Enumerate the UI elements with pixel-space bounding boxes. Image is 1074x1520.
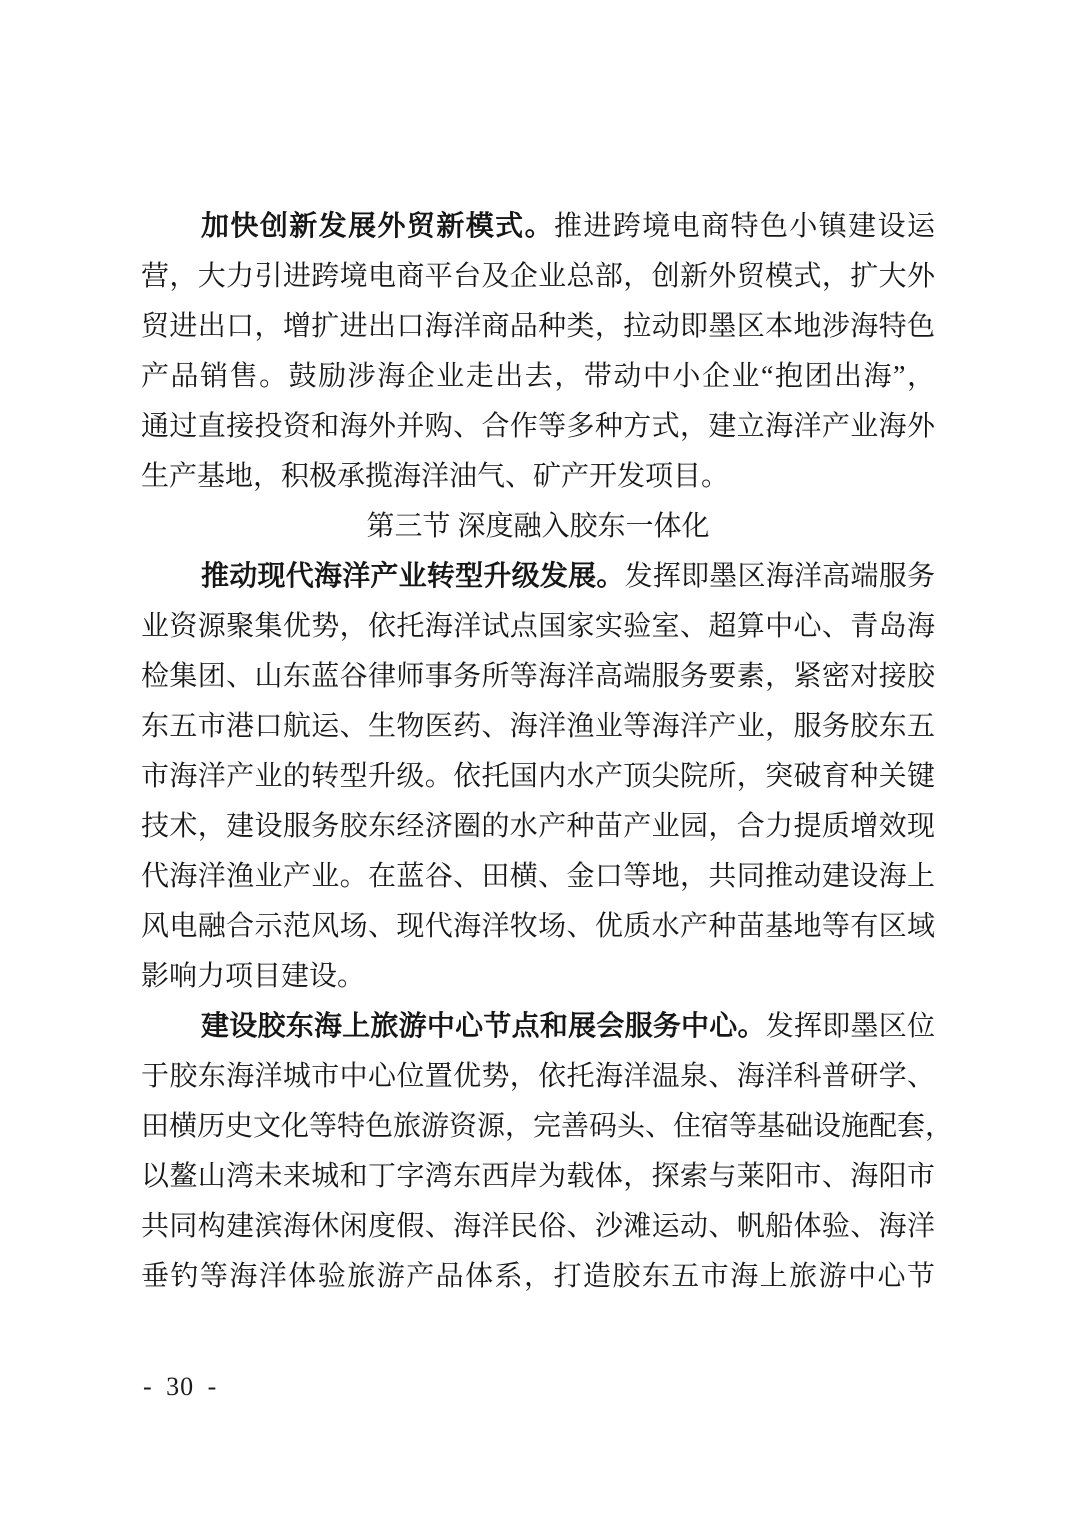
- text-line: 东五市港口航运、生物医药、海洋渔业等海洋产业，服务胶东五: [141, 702, 935, 752]
- text-run: 检集团、山东蓝谷律师事务所等海洋高端服务要素，紧密对接胶: [141, 661, 935, 692]
- text-run: 推进跨境电商特色小镇建设运: [554, 211, 935, 242]
- text-line: 共同构建滨海休闲度假、海洋民俗、沙滩运动、帆船体验、海洋: [141, 1202, 935, 1252]
- bold-text-run: 加快创新发展外贸新模式。: [201, 211, 554, 242]
- text-line: 影响力项目建设。: [141, 952, 935, 1002]
- text-run: 垂钓等海洋体验旅游产品体系，打造胶东五市海上旅游中心节: [141, 1261, 935, 1292]
- text-run: 营，大力引进跨境电商平台及企业总部，创新外贸模式，扩大外: [141, 261, 935, 292]
- text-line: 田横历史文化等特色旅游资源，完善码头、住宿等基础设施配套，: [141, 1102, 935, 1152]
- text-line: 风电融合示范风场、现代海洋牧场、优质水产种苗基地等有区域: [141, 902, 935, 952]
- bold-text-run: 建设胶东海上旅游中心节点和展会服务中心。: [201, 1011, 766, 1042]
- text-run: 市海洋产业的转型升级。依托国内水产顶尖院所，突破育种关键: [141, 761, 935, 792]
- text-run: 发挥即墨区位: [766, 1011, 935, 1042]
- text-run: 技术，建设服务胶东经济圈的水产种苗产业园，合力提质增效现: [141, 811, 935, 842]
- section-heading: 第三节 深度融入胶东一体化: [141, 502, 935, 552]
- text-line: 通过直接投资和海外并购、合作等多种方式，建立海洋产业海外: [141, 402, 935, 452]
- text-line: 于胶东海洋城市中心位置优势，依托海洋温泉、海洋科普研学、: [141, 1052, 935, 1102]
- text-run: 以鳌山湾未来城和丁字湾东西岸为载体，探索与莱阳市、海阳市: [141, 1161, 935, 1192]
- text-run: 于胶东海洋城市中心位置优势，依托海洋温泉、海洋科普研学、: [141, 1061, 935, 1092]
- text-line: 生产基地，积极承揽海洋油气、矿产开发项目。: [141, 452, 935, 502]
- text-run: 贸进出口，增扩进出口海洋商品种类，拉动即墨区本地涉海特色: [141, 311, 935, 342]
- text-line: 以鳌山湾未来城和丁字湾东西岸为载体，探索与莱阳市、海阳市: [141, 1152, 935, 1202]
- text-run: 田横历史文化等特色旅游资源，完善码头、住宿等基础设施配套，: [141, 1111, 953, 1142]
- text-run: 风电融合示范风场、现代海洋牧场、优质水产种苗基地等有区域: [141, 911, 935, 942]
- text-run: 影响力项目建设。: [141, 961, 365, 992]
- text-run: 东五市港口航运、生物医药、海洋渔业等海洋产业，服务胶东五: [141, 711, 935, 742]
- document-body: 加快创新发展外贸新模式。推进跨境电商特色小镇建设运营，大力引进跨境电商平台及企业…: [141, 202, 935, 1302]
- text-line: 代海洋渔业产业。在蓝谷、田横、金口等地，共同推动建设海上: [141, 852, 935, 902]
- text-run: 通过直接投资和海外并购、合作等多种方式，建立海洋产业海外: [141, 411, 935, 442]
- text-run: 代海洋渔业产业。在蓝谷、田横、金口等地，共同推动建设海上: [141, 861, 935, 892]
- text-run: 共同构建滨海休闲度假、海洋民俗、沙滩运动、帆船体验、海洋: [141, 1211, 935, 1242]
- text-line: 贸进出口，增扩进出口海洋商品种类，拉动即墨区本地涉海特色: [141, 302, 935, 352]
- text-line: 推动现代海洋产业转型升级发展。发挥即墨区海洋高端服务: [141, 552, 935, 602]
- text-line: 垂钓等海洋体验旅游产品体系，打造胶东五市海上旅游中心节: [141, 1252, 935, 1302]
- page-number: - 30 -: [143, 1372, 217, 1402]
- text-run: 生产基地，积极承揽海洋油气、矿产开发项目。: [141, 461, 729, 492]
- text-run: 业资源聚集优势，依托海洋试点国家实验室、超算中心、青岛海: [141, 611, 935, 642]
- text-line: 市海洋产业的转型升级。依托国内水产顶尖院所，突破育种关键: [141, 752, 935, 802]
- text-line: 业资源聚集优势，依托海洋试点国家实验室、超算中心、青岛海: [141, 602, 935, 652]
- text-run: 发挥即墨区海洋高端服务: [625, 561, 935, 592]
- bold-text-run: 推动现代海洋产业转型升级发展。: [201, 561, 625, 592]
- text-line: 产品销售。鼓励涉海企业走出去，带动中小企业“抱团出海”，: [141, 352, 935, 402]
- text-line: 营，大力引进跨境电商平台及企业总部，创新外贸模式，扩大外: [141, 252, 935, 302]
- document-page: 加快创新发展外贸新模式。推进跨境电商特色小镇建设运营，大力引进跨境电商平台及企业…: [0, 0, 1074, 1520]
- text-line: 技术，建设服务胶东经济圈的水产种苗产业园，合力提质增效现: [141, 802, 935, 852]
- text-line: 建设胶东海上旅游中心节点和展会服务中心。发挥即墨区位: [141, 1002, 935, 1052]
- text-run: 第三节 深度融入胶东一体化: [366, 511, 709, 542]
- text-line: 加快创新发展外贸新模式。推进跨境电商特色小镇建设运: [141, 202, 935, 252]
- text-run: 产品销售。鼓励涉海企业走出去，带动中小企业“抱团出海”，: [141, 361, 935, 392]
- text-line: 检集团、山东蓝谷律师事务所等海洋高端服务要素，紧密对接胶: [141, 652, 935, 702]
